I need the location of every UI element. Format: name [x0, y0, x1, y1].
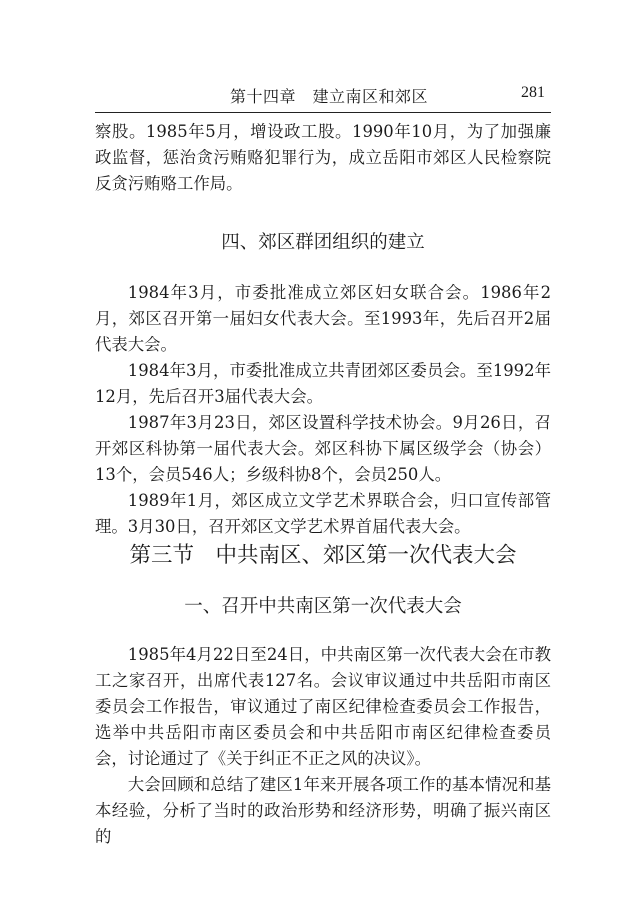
chapter-section-heading: 第三节 中共南区、郊区第一次代表大会: [95, 538, 551, 569]
subsection-heading-1: 一、召开中共南区第一次代表大会: [95, 592, 551, 618]
paragraph: 1984年3月，市委批准成立共青团郊区委员会。至1992年12月，先后召开3届代…: [95, 358, 551, 410]
paragraph: 1989年1月，郊区成立文学艺术界联合会，归口宣传部管理。3月30日，召开郊区文…: [95, 488, 551, 540]
paragraph: 1987年3月23日，郊区设置科学技术协会。9月26日，召开郊区科协第一届代表大…: [95, 410, 551, 488]
section-heading-4: 四、郊区群团组织的建立: [95, 228, 551, 254]
paragraph: 1985年4月22日至24日，中共南区第一次代表大会在市教工之家召开，出席代表1…: [95, 642, 551, 772]
section-4-paragraphs: 1984年3月，市委批准成立郊区妇女联合会。1986年2月，郊区召开第一届妇女代…: [95, 280, 551, 540]
paragraph: 1984年3月，市委批准成立郊区妇女联合会。1986年2月，郊区召开第一届妇女代…: [95, 280, 551, 358]
running-header: 第十四章 建立南区和郊区 281: [95, 82, 551, 113]
paragraph: 大会回顾和总结了建区1年来开展各项工作的基本情况和基本经验，分析了当时的政治形势…: [95, 772, 551, 850]
page-number: 281: [521, 84, 545, 102]
continued-paragraph-block: 察股。1985年5月，增设政工股。1990年10月，为了加强廉政监督，惩治贪污贿…: [95, 119, 551, 197]
subsection-1-paragraphs: 1985年4月22日至24日，中共南区第一次代表大会在市教工之家召开，出席代表1…: [95, 642, 551, 850]
continued-paragraph: 察股。1985年5月，增设政工股。1990年10月，为了加强廉政监督，惩治贪污贿…: [95, 119, 551, 197]
book-page: 第十四章 建立南区和郊区 281 察股。1985年5月，增设政工股。1990年1…: [0, 0, 642, 907]
chapter-running-title: 第十四章 建立南区和郊区: [230, 84, 428, 107]
